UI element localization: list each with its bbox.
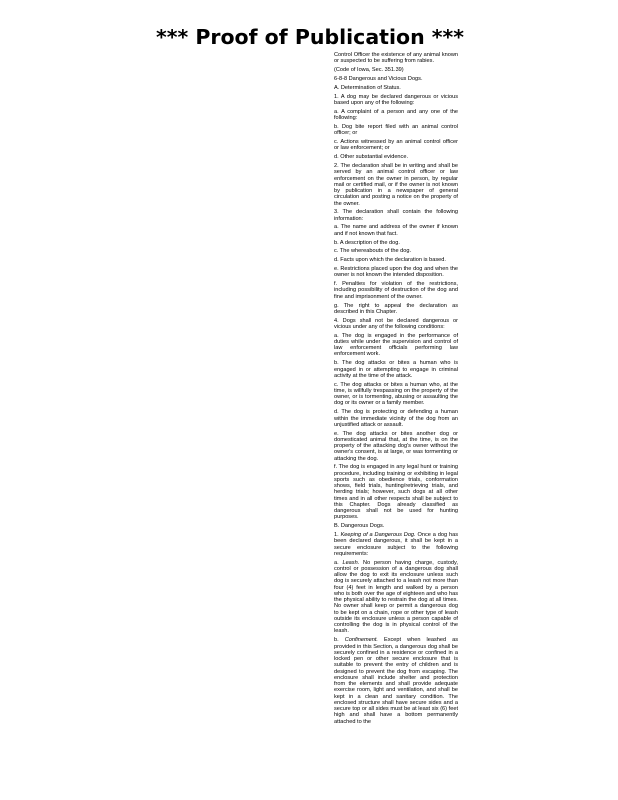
paragraph: c. The dog attacks or bites a human who,… xyxy=(334,382,458,407)
paragraph: b. The dog attacks or bites a human who … xyxy=(334,360,458,379)
paragraph: d. Other substantial evidence. xyxy=(334,154,458,160)
paragraph: a. The name and address of the owner if … xyxy=(334,224,458,237)
paragraph: a. The dog is engaged in the performance… xyxy=(334,333,458,358)
paragraph: b. A description of the dog. xyxy=(334,240,458,246)
paragraph: 4. Dogs shall not be declared dangerous … xyxy=(334,318,458,331)
paragraph: 1. Keeping of a Dangerous Dog. Once a do… xyxy=(334,532,458,557)
paragraph: a. Leash. No person having charge, custo… xyxy=(334,560,458,635)
ordinance-column: Control Officer the existence of any ani… xyxy=(334,50,458,727)
paragraph: Control Officer the existence of any ani… xyxy=(334,52,458,65)
subsection-heading: A. Determination of Status. xyxy=(334,85,458,91)
paragraph: g. The right to appeal the declaration a… xyxy=(334,303,458,316)
paragraph: d. Facts upon which the declaration is b… xyxy=(334,257,458,263)
paragraph: d. The dog is protecting or defending a … xyxy=(334,409,458,428)
paragraph: e. The dog attacks or bites another dog … xyxy=(334,431,458,462)
item-number: b. xyxy=(334,637,345,643)
item-title: Confinement. xyxy=(345,637,378,643)
subsection-heading: B. Dangerous Dogs. xyxy=(334,523,458,529)
item-title: Leash. xyxy=(342,560,359,566)
cut-off-line xyxy=(334,47,458,50)
code-citation: (Code of Iowa, Sec. 351.39) xyxy=(334,67,458,73)
paragraph: f. Penalties for violation of the restri… xyxy=(334,281,458,300)
paragraph: 1. A dog may be declared dangerous or vi… xyxy=(334,94,458,107)
paragraph: b. Confinement. Except when leashed as p… xyxy=(334,637,458,725)
paragraph: c. Actions witnessed by an animal contro… xyxy=(334,139,458,152)
item-text: Except when leashed as provided in this … xyxy=(334,637,458,724)
paragraph: 3. The declaration shall contain the fol… xyxy=(334,209,458,222)
item-text: No person having charge, custody, contro… xyxy=(334,560,458,635)
paragraph: e. Restrictions placed upon the dog and … xyxy=(334,266,458,279)
item-title: Keeping of a Dangerous Dog. xyxy=(341,532,416,538)
paragraph: a. A complaint of a person and any one o… xyxy=(334,109,458,122)
paragraph: c. The whereabouts of the dog. xyxy=(334,248,458,254)
section-heading: 6-8-8 Dangerous and Vicious Dogs. xyxy=(334,76,458,82)
paragraph: f. The dog is engaged in any legal hunt … xyxy=(334,464,458,520)
paragraph: b. Dog bite report filed with an animal … xyxy=(334,124,458,137)
paragraph: 2. The declaration shall be in writing a… xyxy=(334,163,458,207)
